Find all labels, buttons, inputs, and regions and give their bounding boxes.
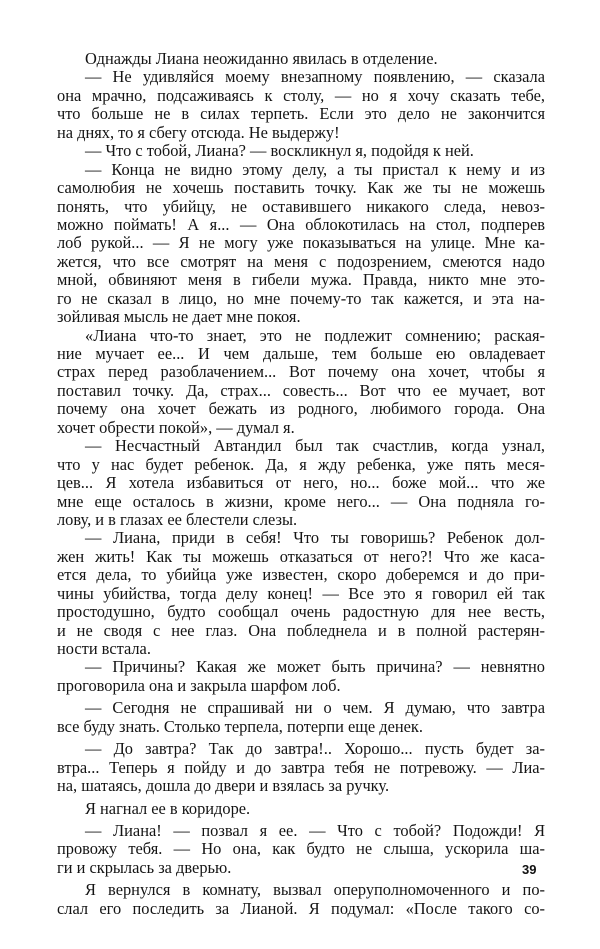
text-line: на днях, то я сбегу отсюда. Не выдержу! [57, 124, 545, 142]
text-line: ние мучает ее... И чем дальше, тем больш… [57, 345, 545, 363]
text-line: слал его последить за Лианой. Я подумал:… [57, 900, 545, 918]
text-line: хочет обрести покой», — думал я. [57, 419, 545, 437]
text-line: — Причины? Какая же может быть причина? … [57, 658, 545, 676]
text-line: — Сегодня не спрашивай ни о чем. Я думаю… [57, 699, 545, 717]
text-line: — Не удивляйся моему внезапному появлени… [57, 68, 545, 86]
text-line: на, шатаясь, дошла до двери и взялась за… [57, 777, 545, 795]
text-line: почему она хочет бежать из родного, люби… [57, 400, 545, 418]
text-line: чины убийства, тогда делу конец! — Все э… [57, 585, 545, 603]
text-line: что больше не в силах терпеть. Если это … [57, 105, 545, 123]
text-line: ности встала. [57, 640, 545, 658]
text-line: — Лиана, приди в себя! Что ты говоришь? … [57, 529, 545, 547]
text-line: го не сказал в лицо, но мне почему-то та… [57, 290, 545, 308]
text-line: что у нас будет ребенок. Да, я жду ребен… [57, 456, 545, 474]
text-line: лову, и в глазах ее блестели слезы. [57, 511, 545, 529]
text-line: Однажды Лиана неожиданно явилась в отдел… [57, 50, 545, 68]
text-line: понять, что убийцу, не оставившего никак… [57, 198, 545, 216]
text-line: жен жить! Как ты можешь отказаться от не… [57, 548, 545, 566]
text-line: она мрачно, подсаживаясь к столу, — но я… [57, 87, 545, 105]
text-line: и не сводя с нее глаз. Она побледнела и … [57, 622, 545, 640]
text-line: проговорила она и закрыла шарфом лоб. [57, 677, 545, 695]
text-line: простодушно, будто сообщал очень радостн… [57, 603, 545, 621]
text-line: Я вернулся в комнату, вызвал оперуполном… [57, 881, 545, 899]
text-line: втра... Теперь я пойду и до завтра тебя … [57, 759, 545, 777]
text-line: лоб рукой... — Я не могу уже показыватьс… [57, 234, 545, 252]
text-line: цев... Я хотела избавиться от него, но..… [57, 474, 545, 492]
text-line: Я нагнал ее в коридоре. [57, 800, 545, 818]
text-line: — До завтра? Так до завтра!.. Хорошо... … [57, 740, 545, 758]
page-number: 39 [522, 862, 536, 877]
text-line: — Что с тобой, Лиана? — воскликнул я, по… [57, 142, 545, 160]
text-line: мной, обвиняют меня в гибели мужа. Правд… [57, 271, 545, 289]
text-line: — Конца не видно этому делу, а ты приста… [57, 161, 545, 179]
book-page-text: Однажды Лиана неожиданно явилась в отдел… [57, 50, 545, 918]
text-line: жется, что все смотрят на меня с подозре… [57, 253, 545, 271]
text-line: страх перед разоблачением... Вот почему … [57, 363, 545, 381]
text-line: провожу тебя. — Но она, как будто не слы… [57, 840, 545, 858]
text-line: «Лиана что-то знает, это не подлежит сом… [57, 327, 545, 345]
text-line: зойливая мысль не дает мне покоя. [57, 308, 545, 326]
text-line: можно поймать! А я... — Она облокотилась… [57, 216, 545, 234]
text-line: все буду знать. Столько терпела, потерпи… [57, 718, 545, 736]
text-line: ги и скрылась за дверью. [57, 859, 545, 877]
text-line: самолюбия не хочешь поставить точку. Как… [57, 179, 545, 197]
text-line: — Лиана! — позвал я ее. — Что с тобой? П… [57, 822, 545, 840]
text-line: мне еще осталось в жизни, кроме него... … [57, 493, 545, 511]
text-line: поставил точку. Да, страх... совесть... … [57, 382, 545, 400]
text-line: ется дела, то убийца уже известен, скоро… [57, 566, 545, 584]
text-line: — Несчастный Автандил был так счастлив, … [57, 437, 545, 455]
